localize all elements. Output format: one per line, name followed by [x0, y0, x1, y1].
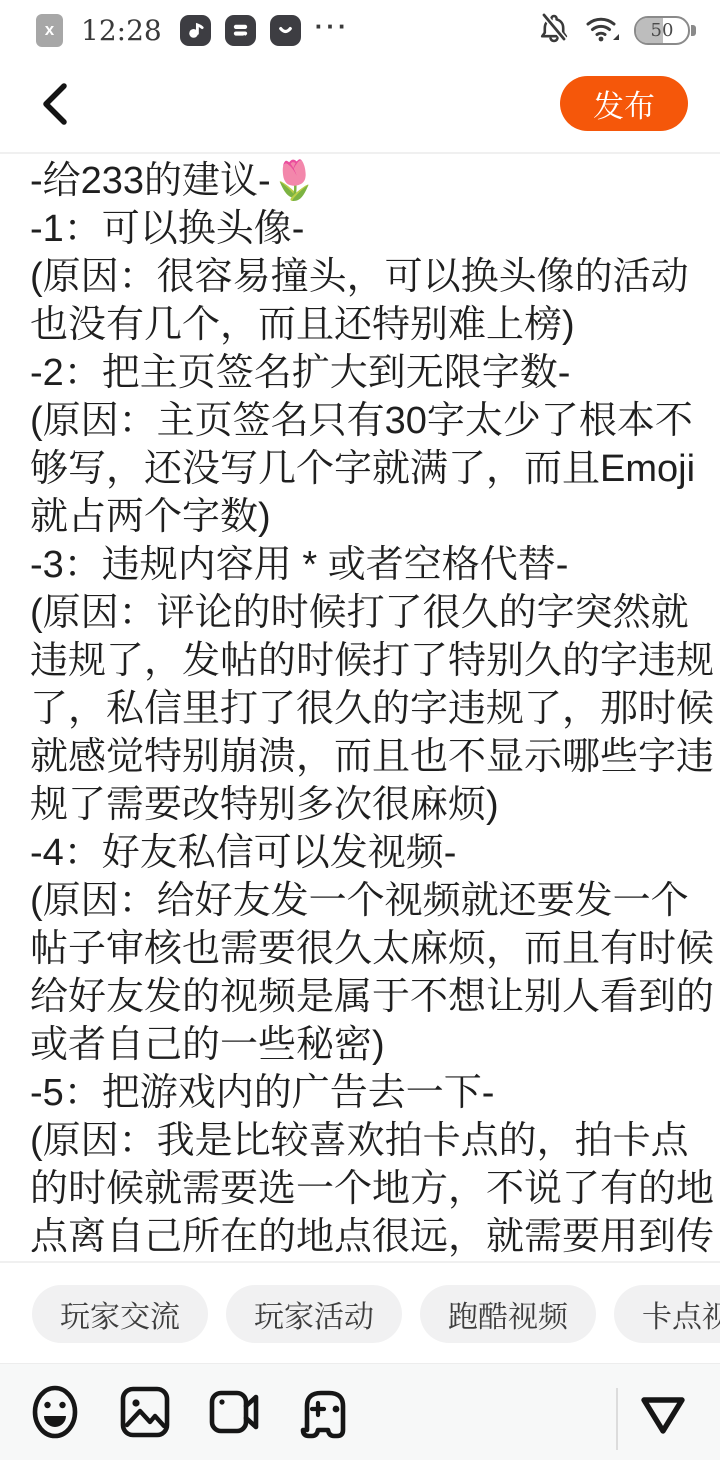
text-line: 就占两个字数) [30, 493, 716, 541]
text-line: 违规了，发帖的时候打了特别久的字违规 [30, 637, 716, 685]
text-line: (原因：评论的时候打了很久的字突然就 [30, 589, 716, 637]
text-line: -1：可以换头像- [30, 205, 716, 253]
text-line: 规了需要改特别多次很麻烦) [30, 781, 716, 829]
publish-button[interactable]: 发布 [560, 76, 688, 131]
text-line: 就感觉特别崩溃，而且也不显示哪些字违 [30, 733, 716, 781]
more-dots-icon: ··· [315, 11, 350, 50]
text-line: (原因：主页签名只有30字太少了根本不 [30, 397, 716, 445]
text-line: 给好友发的视频是属于不想让别人看到的 [30, 973, 716, 1021]
text-line: 的时候就需要选一个地方，不说了有的地 [30, 1165, 716, 1213]
topic-tag[interactable]: 玩家交流 [32, 1285, 208, 1343]
music-note-app-icon [180, 15, 211, 46]
text-line: -2：把主页签名扩大到无限字数- [30, 349, 716, 397]
text-line: 点离自己所在的地点很远，就需要用到传 [30, 1213, 716, 1259]
topic-tag-row: 玩家交流玩家活动跑酷视频卡点视频 [0, 1264, 720, 1363]
text-line: 也没有几个，而且还特别难上榜) [30, 301, 716, 349]
topic-tag[interactable]: 卡点视频 [614, 1285, 720, 1343]
text-line: (原因：给好友发一个视频就还要发一个 [30, 877, 716, 925]
text-line: 了，私信里打了很久的字违规了，那时候 [30, 685, 716, 733]
video-button[interactable] [208, 1384, 262, 1440]
game-controller-button[interactable] [298, 1384, 352, 1440]
notes-app-icon [225, 15, 256, 46]
text-line: 够写，还没写几个字就满了，而且Emoji [30, 445, 716, 493]
topic-tag[interactable]: 玩家活动 [226, 1285, 402, 1343]
bottom-toolbar [0, 1363, 720, 1460]
nav-divider [0, 152, 720, 154]
smile-app-icon [270, 15, 301, 46]
bell-muted-icon [538, 11, 570, 49]
topic-tag[interactable]: 跑酷视频 [420, 1285, 596, 1343]
text-line: 帖子审核也需要很久太麻烦，而且有时候 [30, 925, 716, 973]
text-line: (原因：我是比较喜欢拍卡点的，拍卡点 [30, 1117, 716, 1165]
battery-indicator: 50 [634, 16, 690, 45]
toolbar-divider [616, 1388, 618, 1450]
status-time: 12:28 [81, 14, 162, 47]
image-button[interactable] [118, 1384, 172, 1440]
nav-bar: 发布 [0, 58, 720, 150]
editor-divider [0, 1261, 720, 1263]
no-sim-icon: x [36, 14, 63, 47]
text-line: -给233的建议-🌷 [30, 157, 716, 205]
status-bar: x 12:28 ··· [0, 0, 720, 56]
post-text[interactable]: -给233的建议-🌷-1：可以换头像-(原因：很容易撞头，可以换头像的活动也没有… [30, 157, 716, 1259]
battery-percent: 50 [651, 20, 674, 41]
emoji-button[interactable] [28, 1384, 82, 1440]
text-line: (原因：很容易撞头，可以换头像的活动 [30, 253, 716, 301]
text-line: -5：把游戏内的广告去一下- [30, 1069, 716, 1117]
wifi-icon [584, 13, 620, 48]
back-button[interactable] [34, 78, 78, 130]
text-line: 或者自己的一些秘密) [30, 1021, 716, 1069]
text-line: -3：违规内容用 * 或者空格代替- [30, 541, 716, 589]
collapse-keyboard-button[interactable] [632, 1386, 694, 1444]
text-line: -4：好友私信可以发视频- [30, 829, 716, 877]
